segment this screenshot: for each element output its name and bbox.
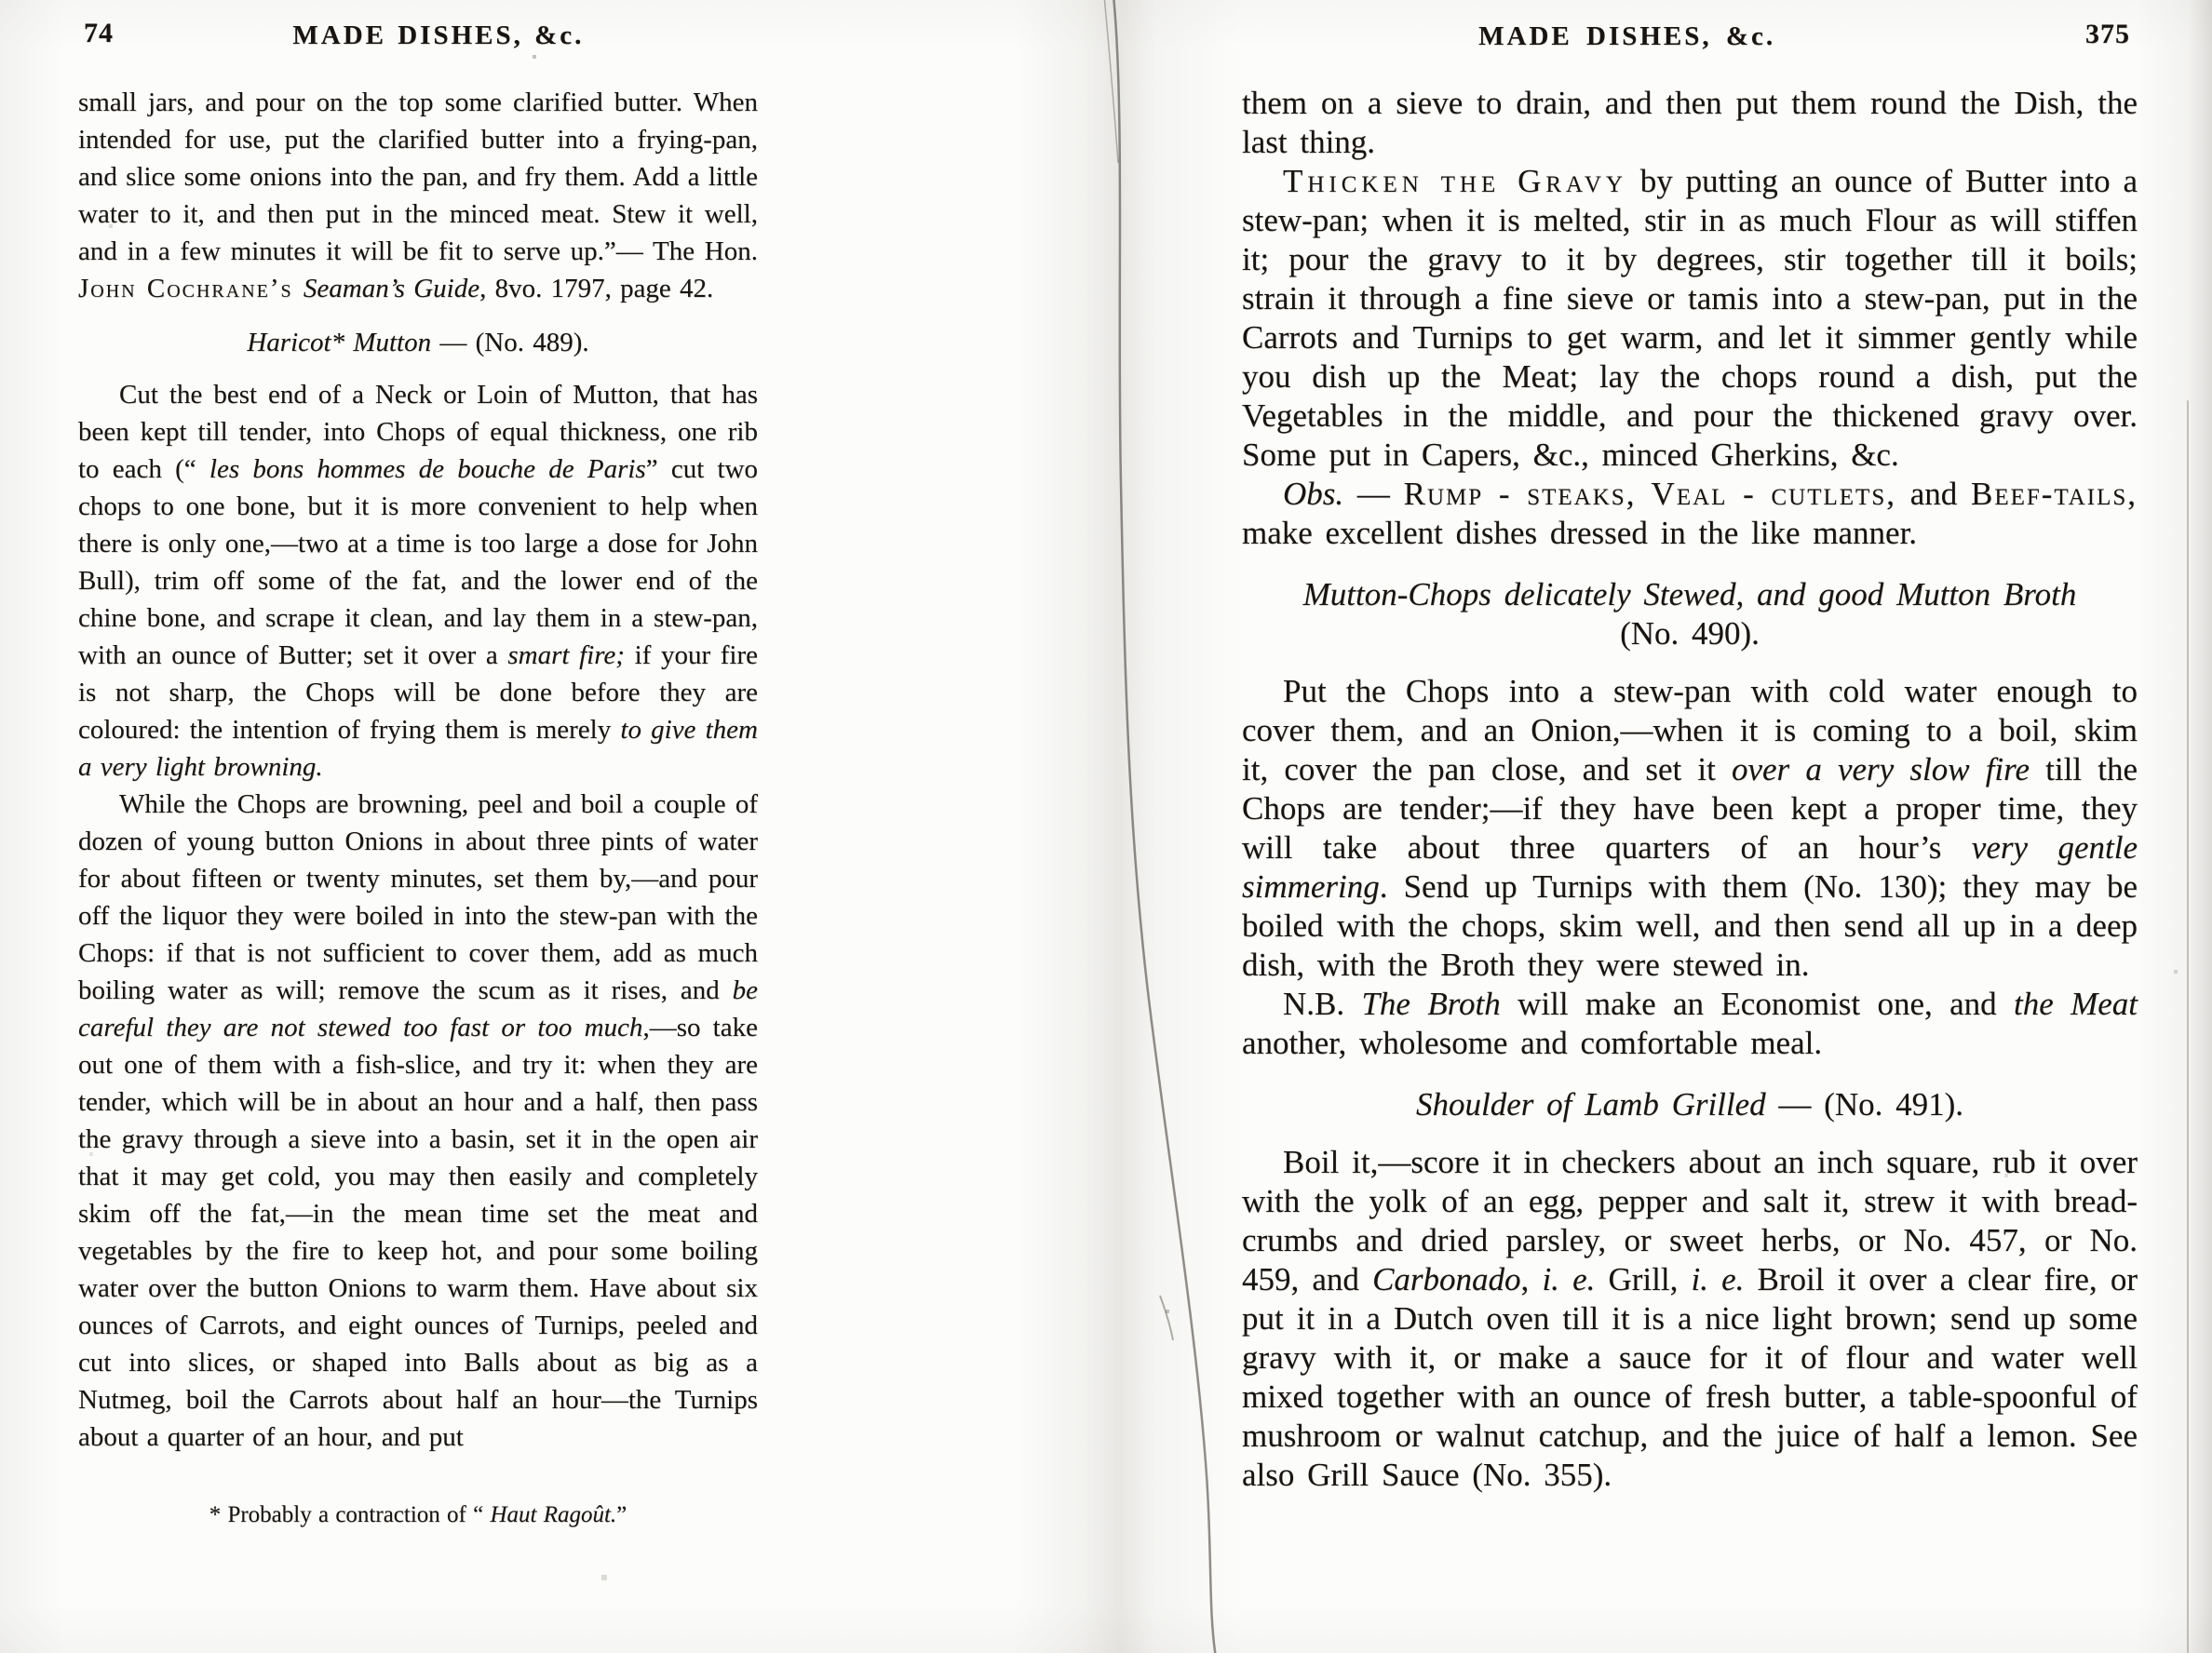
paragraph-thicken-gravy: Thicken the Gravy by putting an ounce of… bbox=[1242, 162, 2138, 475]
left-page-header: 74 MADE DISHES, &c. bbox=[78, 15, 758, 61]
paragraph-put-chops: Put the Chops into a stew-pan with cold … bbox=[1242, 672, 2138, 985]
italic-haut-ragout: Haut Ragoût. bbox=[490, 1502, 616, 1527]
text-run: them on a sieve to drain, and then put t… bbox=[1242, 85, 2138, 160]
right-running-title: MADE DISHES, &c. bbox=[1478, 17, 1775, 56]
italic-ie-2: i. e. bbox=[1692, 1261, 1745, 1297]
italic-the-meat: the Meat bbox=[2014, 986, 2138, 1022]
text-run: , bbox=[1521, 1261, 1543, 1297]
heading-number: — (No. 491). bbox=[1766, 1086, 1963, 1122]
text-run: another, wholesome and comfortable meal. bbox=[1242, 1025, 1822, 1061]
page-edge-shadow bbox=[2188, 0, 2212, 1653]
italic-french-phrase: les bons hommes de bouche de Paris bbox=[209, 454, 646, 484]
heading-italic: Mutton-Chops delicately Stewed, and good… bbox=[1242, 575, 2138, 614]
smallcaps-rump-steaks: Rump - steaks, Veal - cutlets, bbox=[1404, 476, 1896, 512]
recipe-heading-haricot-mutton: Haricot* Mutton — (No. 489). bbox=[78, 324, 758, 361]
right-page-number: 375 bbox=[2085, 15, 2130, 54]
smallcaps-beef-tails: Beef-tails, bbox=[1971, 476, 2138, 512]
recipe-heading-shoulder-lamb-grilled: Shoulder of Lamb Grilled — (No. 491). bbox=[1242, 1085, 2138, 1124]
italic-the-broth: The Broth bbox=[1361, 986, 1500, 1022]
text-run: ,—so take out one of them with a fish-sl… bbox=[78, 1013, 758, 1452]
left-page: 74 MADE DISHES, &c. small jars, and pour… bbox=[78, 15, 758, 1530]
paragraph-boil-score: Boil it,—score it in checkers about an i… bbox=[1242, 1143, 2138, 1495]
scan-noise-speckles bbox=[0, 0, 2, 2]
text-run: make excellent dishes dressed in the lik… bbox=[1242, 515, 1917, 551]
left-page-number: 74 bbox=[84, 15, 114, 52]
fold-crease-mark bbox=[1160, 1296, 1173, 1340]
left-running-title: MADE DISHES, &c. bbox=[292, 17, 584, 54]
text-run: * Probably a contraction of “ bbox=[209, 1502, 491, 1527]
footnote-haut-ragout: * Probably a contraction of “ Haut Ragoû… bbox=[78, 1500, 758, 1530]
italic-obs: Obs. bbox=[1283, 476, 1343, 512]
paragraph-obs-steaks: Obs. — Rump - steaks, Veal - cutlets, an… bbox=[1242, 475, 2138, 553]
text-run: will make an Economist one, and bbox=[1501, 986, 2014, 1022]
paragraph-sieve-drain: them on a sieve to drain, and then put t… bbox=[1242, 84, 2138, 162]
heading-italic: Haricot* Mutton bbox=[247, 328, 431, 357]
text-run: N.B. bbox=[1283, 986, 1361, 1022]
heading-number: — (No. 489). bbox=[431, 328, 589, 357]
fold-crease-line-secondary bbox=[1104, 0, 1118, 163]
text-run: small jars, and pour on the top some cla… bbox=[78, 87, 758, 266]
heading-number: (No. 490). bbox=[1242, 614, 2138, 653]
text-run: and bbox=[1896, 476, 1971, 512]
binding-fold-shadow bbox=[1013, 0, 1242, 1653]
smallcaps-author-name: John Cochrane’s bbox=[78, 274, 303, 303]
text-run: ” cut two chops to one bone, but it is m… bbox=[78, 454, 758, 670]
italic-book-title: Seaman’s Guide bbox=[303, 274, 479, 303]
text-run: ” bbox=[616, 1502, 627, 1527]
recipe-heading-mutton-chops-stewed: Mutton-Chops delicately Stewed, and good… bbox=[1242, 575, 2138, 653]
book-scan: 74 MADE DISHES, &c. small jars, and pour… bbox=[0, 0, 2212, 1653]
paragraph-nb-broth: N.B. The Broth will make an Economist on… bbox=[1242, 985, 2138, 1063]
smallcaps-thicken-the-gravy: Thicken the Gravy bbox=[1283, 163, 1627, 199]
italic-slow-fire: over a very slow fire bbox=[1732, 751, 2030, 787]
text-run: — bbox=[1343, 476, 1403, 512]
paragraph-potted-meat-continuation: small jars, and pour on the top some cla… bbox=[78, 84, 758, 307]
fold-crease-line bbox=[1113, 0, 1216, 1653]
text-run: Grill, bbox=[1595, 1261, 1691, 1297]
text-run: While the Chops are browning, peel and b… bbox=[78, 789, 758, 1005]
heading-italic: Shoulder of Lamb Grilled bbox=[1416, 1086, 1766, 1122]
paragraph-while-chops: While the Chops are browning, peel and b… bbox=[78, 786, 758, 1456]
text-run: by putting an ounce of Butter into a ste… bbox=[1242, 163, 2138, 473]
italic-smart-fire: smart fire; bbox=[507, 640, 625, 670]
page-edge-line bbox=[2187, 400, 2189, 1653]
italic-carbonado: Carbonado bbox=[1372, 1261, 1520, 1297]
paragraph-cut-mutton: Cut the best end of a Neck or Loin of Mu… bbox=[78, 376, 758, 786]
text-run: , 8vo. 1797, page 42. bbox=[479, 274, 713, 303]
right-page: MADE DISHES, &c. 375 them on a sieve to … bbox=[1242, 15, 2138, 1495]
italic-ie-1: i. e. bbox=[1542, 1261, 1595, 1297]
right-page-header: MADE DISHES, &c. 375 bbox=[1242, 15, 2138, 61]
